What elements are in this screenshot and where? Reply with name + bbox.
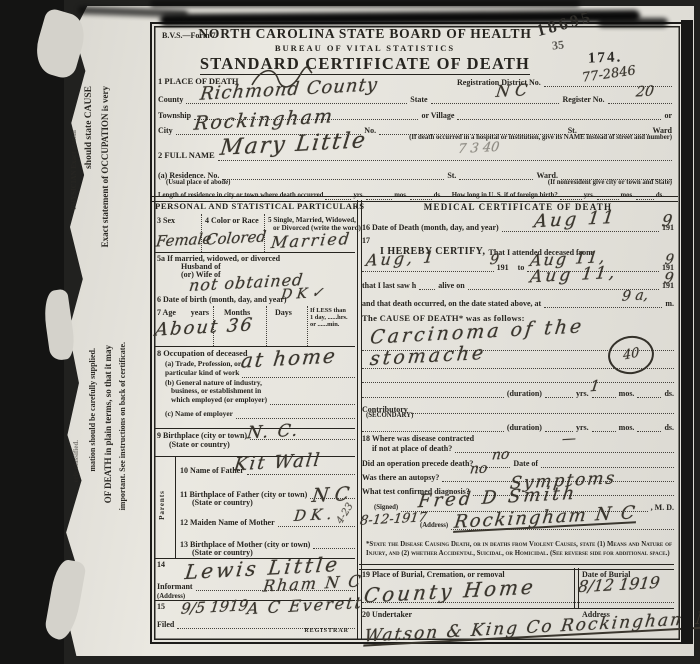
where-contracted-label1: 18 Where was disease contracted (362, 434, 474, 443)
registrar-label: REGISTRAR (304, 628, 349, 635)
duration-label: (duration) (507, 389, 542, 398)
date-of-death-label: 16 Date of Death (month, day, and year) (362, 223, 499, 232)
mother-birthplace-sub: (State or country) (192, 548, 253, 557)
margin-note: important. See instructions on back of c… (118, 342, 127, 510)
dotted-leader (222, 170, 444, 180)
race-cell: 4 Color or Race Colored (202, 214, 265, 252)
county-label: County (158, 95, 183, 104)
rule (155, 252, 355, 253)
dotted-leader (313, 539, 355, 549)
county-row: County State Register No. Richmond Count… (158, 94, 672, 104)
age-less-cell: If LESS than 1 day, ......hrs. or ......… (308, 306, 355, 346)
field15-label: 15 (157, 602, 165, 611)
operation-label: Did an operation precede death? (362, 459, 473, 468)
meridiem-label: m. (665, 299, 674, 308)
date-of-death-row: 16 Date of Death (month, day, and year) … (362, 222, 674, 232)
father-name-value: Kit Wall (233, 453, 322, 474)
to-year-digit: 9 (664, 254, 674, 267)
page-number-stamp: 174. (588, 49, 623, 67)
sign-date-value: 8-12-1917 (359, 512, 427, 527)
burial-date-value: 8/12 1919 (577, 576, 660, 595)
burial-place-value: County Home (363, 577, 537, 604)
age-days-cell: Days (267, 306, 308, 346)
cause-line2: stomache (369, 345, 487, 368)
sign-address-row: 8-12-1917 (Address) Rockingham N C (362, 520, 674, 530)
sex-cell: 3 Sex Female (155, 214, 202, 252)
certificate-title: STANDARD CERTIFICATE OF DEATH (175, 54, 555, 74)
city-label: City (158, 126, 173, 135)
personal-section-title: PERSONAL AND STATISTICAL PARTICULARS (155, 202, 355, 212)
trade-label-line2: particular kind of work (165, 369, 239, 378)
marital-value: Married (270, 232, 352, 251)
where-contracted-row: if not at place of death? — (362, 443, 674, 453)
secondary-label: (SECONDARY) (366, 412, 413, 420)
to-label: to (518, 263, 525, 272)
burial-block: 19 Place of Burial, Cremation, or remova… (362, 568, 674, 636)
duration2-ds-label: ds. (664, 423, 674, 432)
age-row: 7 Age years Months Days If LESS than 1 d… (155, 306, 355, 346)
scan-smudge (598, 18, 668, 27)
signed-label: (Signed) (374, 504, 398, 512)
personal-particulars-column: PERSONAL AND STATISTICAL PARTICULARS 3 S… (155, 200, 355, 636)
dotted-leader (362, 422, 504, 432)
dotted-leader (545, 388, 573, 398)
register-no-label: Register No. (562, 95, 604, 104)
dotted-leader (270, 395, 355, 405)
date-of-birth-label: 6 Date of birth (month, day, and year) (157, 295, 287, 304)
sex-value: Female (155, 232, 212, 249)
dotted-leader (411, 404, 674, 414)
margin-note: Exact statement of OCCUPATION is very (100, 86, 110, 247)
medical-section-title: MEDICAL CERTIFICATE OF DEATH (362, 202, 674, 212)
dotted-rule (362, 382, 674, 383)
footnote-line3: Suicidal, or Homicidal. (See reverse sid… (477, 550, 670, 557)
last-saw-value: Aug 11, (529, 266, 618, 286)
age-value: About 36 (154, 317, 255, 338)
dotted-leader (592, 422, 616, 432)
abode-note: (Usual place of abode) (166, 179, 230, 187)
register-no-value: 20 (635, 85, 654, 99)
days-label: Days (275, 308, 292, 317)
filed-date-value: 9/5 1919 (180, 599, 249, 616)
dotted-leader (236, 409, 355, 419)
state-label: State (410, 95, 427, 104)
occupation-label: 8 Occupation of deceased (157, 349, 248, 359)
circled-code: 40 (606, 333, 657, 377)
where-contracted-label2: if not at place of death? (372, 444, 452, 453)
field14-label: 14 (157, 560, 165, 569)
autopsy-label: Was there an autopsy? (362, 473, 439, 482)
birthplace-block: 9 Birthplace (city or town) (State or co… (155, 429, 355, 455)
or-village-label: or Village (421, 111, 454, 120)
township-label: Township (158, 111, 191, 120)
dotted-leader (541, 458, 674, 468)
dotted-leader (362, 388, 504, 398)
death-occurred-label: and that death occurred, on the date sta… (362, 299, 541, 308)
parents-block: Parents 10 Name of Father Kit Wall 11 Bi… (155, 456, 355, 559)
residence-street-label: St. (447, 171, 456, 180)
full-name-pencil-marks: 7 3 40 (457, 142, 500, 156)
undertaker-rule (362, 608, 674, 609)
age-label: 7 Age (157, 308, 176, 317)
margin-note: PHYSICIAN Exact statem (70, 130, 78, 210)
duration2-label: (duration) (507, 423, 542, 432)
informant-block: 14 Lewis Little Informant (Address) Rham… (155, 559, 355, 600)
duration-yrs-label: yrs. (576, 389, 589, 398)
where-contracted-value: — (561, 433, 577, 446)
race-value: Colored (205, 230, 267, 247)
faint-page-number: 35 (551, 37, 565, 53)
board-title: NORTH CAROLINA STATE BOARD OF HEALTH (160, 26, 570, 42)
margin-note: should state CAUSE (84, 86, 94, 169)
margin-note: erly classified. (72, 440, 80, 482)
md-label: , M. D. (651, 503, 674, 512)
full-name-row: 2 FULL NAME Mary Little 7 3 40 (158, 151, 672, 161)
employer-label: (c) Name of employer (165, 410, 233, 419)
sex-label: 3 Sex (157, 216, 175, 225)
last-saw-label: that I last saw h (362, 281, 416, 290)
margin-note: mation should be carefully supplied. (88, 348, 97, 472)
death-occurred-row: and that death occurred, on the date sta… (362, 298, 674, 308)
employer-row: (c) Name of employer (155, 409, 355, 419)
birthplace-sub-label: (State or country) (169, 440, 230, 449)
attended-from-value: Aug, 1 (365, 250, 437, 268)
birthplace-label: 9 Birthplace (city or town) (157, 431, 247, 440)
marital-cell: 5 Single, Married, Widowed, or Divorced … (265, 214, 355, 252)
state-value: N C (495, 83, 528, 99)
father-birthplace-sub: (State or country) (192, 498, 253, 507)
cause-footnote: *State the Disease Causing Death, or in … (366, 540, 672, 558)
footnote-line1: *State the Disease Causing Death, or in … (366, 541, 553, 548)
margin-note: OF DEATH in plain terms, so that it may (103, 345, 113, 503)
filed-block: 15 9/5 1919 A C Everett Filed REGISTRAR (155, 601, 355, 636)
duration2-yrs-label: yrs. (576, 423, 589, 432)
occupation-block: 8 Occupation of deceased (a) Trade, Prof… (155, 347, 355, 428)
operation-row: Did an operation precede death? Date of … (362, 458, 674, 468)
alive-on-label: alive on (438, 281, 464, 290)
death-time-value: 9 a, (621, 289, 649, 303)
place-of-death-section: 1 PLACE OF DEATH Registration District N… (158, 77, 672, 197)
sex-race-marital-row: 3 Sex Female 4 Color or Race Colored 5 S… (155, 214, 355, 252)
dotted-leader (457, 110, 661, 120)
field17-label: 17 (362, 236, 370, 245)
years-label: years (191, 308, 209, 317)
duration-ds-label: ds. (664, 389, 674, 398)
bureau-subtitle: BUREAU OF VITAL STATISTICS (160, 43, 570, 53)
date-of-death-value: Aug 11 (533, 210, 618, 231)
scan-smudge (150, 0, 580, 7)
last-saw-year-digit: 9 (664, 272, 675, 286)
duration2-mos-label: mos. (619, 423, 635, 432)
or-label: or (664, 111, 672, 120)
parents-label: Parents (158, 490, 166, 520)
mother-name-value: D K . (293, 508, 332, 524)
race-label: 4 Color or Race (205, 216, 259, 225)
cause-of-death-area: Carcinoma of the stomache 40 (362, 324, 674, 384)
industry-label-line3: which employed (or employer) (171, 396, 267, 405)
mother-name-label: 12 Maiden Name of Mother (180, 518, 275, 527)
nonresident-note: (If nonresident give city or town and St… (548, 179, 672, 187)
duration-row: (duration) yrs. mos. ds. 1 (362, 388, 674, 398)
dotted-leader (459, 170, 533, 180)
birthplace-value: N. C. (246, 424, 300, 442)
duration2-row: (duration) yrs. mos. ds. (362, 422, 674, 432)
from-year-digit: 9 (489, 254, 499, 267)
circled-code-value: 40 (623, 347, 639, 362)
medical-certificate-column: MEDICAL CERTIFICATE OF DEATH 16 Date of … (362, 200, 674, 636)
less-than-label3: or ......min. (310, 321, 339, 329)
duration-mos-label: mos. (619, 389, 635, 398)
full-name-label: 2 FULL NAME (158, 151, 215, 161)
dotted-leader (637, 388, 661, 398)
attended-from-row: 191 to 191 Aug, 1 9 Aug 11, 9 (362, 262, 674, 272)
occupation-value: at home (240, 346, 338, 369)
parents-fields: 10 Name of Father Kit Wall 11 Birthplace… (175, 457, 355, 559)
registrar-signature: A C Everett (246, 596, 364, 617)
married-to-block: 5a If married, widowed, or divorced Husb… (155, 254, 355, 294)
date-of-birth-value: D K ✓ (280, 287, 324, 302)
page-edge-shadow (681, 20, 693, 644)
industry-row: which employed (or employer) (155, 395, 355, 405)
autopsy-value: no (469, 462, 488, 476)
informant-address-value: Rham N C (262, 574, 363, 594)
undertaker-label: 20 Undertaker (362, 610, 412, 619)
death-year-digit: 9 (661, 214, 673, 229)
dotted-leader (637, 422, 661, 432)
filed-label: Filed (157, 620, 174, 629)
operation-value: no (491, 448, 510, 462)
dotted-leader (419, 280, 435, 290)
date-of-label: Date of (513, 459, 538, 468)
